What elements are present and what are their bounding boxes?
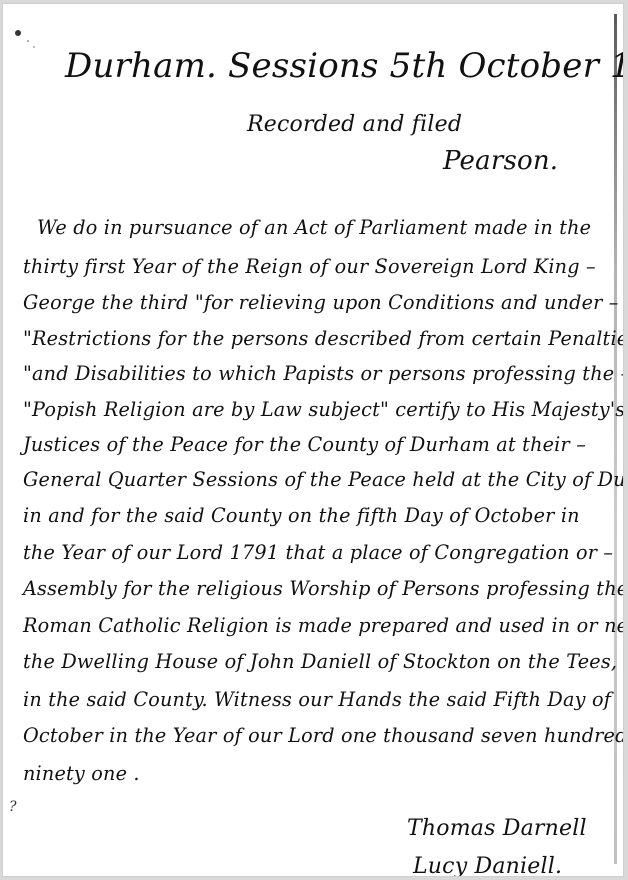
body-line: in the said County. Witness our Hands th… — [23, 688, 611, 711]
body-line: thirty first Year of the Reign of our So… — [23, 255, 596, 278]
body-line: Assembly for the religious Worship of Pe… — [23, 577, 624, 600]
body-line: in and for the said County on the fifth … — [23, 504, 580, 527]
body-line: October in the Year of our Lord one thou… — [23, 724, 624, 747]
body-line: Justices of the Peace for the County of … — [23, 433, 586, 456]
signature-thomas-darnell: Thomas Darnell — [407, 816, 587, 841]
clerk-signature: Pearson. — [443, 146, 558, 176]
body-line: "Popish Religion are by Law subject" cer… — [23, 398, 624, 421]
ink-blot — [15, 30, 21, 36]
body-line: Roman Catholic Religion is made prepared… — [23, 614, 624, 637]
body-line: the Year of our Lord 1791 that a place o… — [23, 541, 613, 564]
body-line: General Quarter Sessions of the Peace he… — [23, 468, 624, 491]
margin-mark: ? — [9, 799, 17, 815]
document-title: Durham. Sessions 5th October 1791. — [65, 46, 624, 86]
filed-note: Recorded and filed — [247, 112, 462, 137]
document-page: Durham. Sessions 5th October 1791. Recor… — [2, 3, 624, 877]
ink-speck — [33, 46, 35, 48]
signature-lucy-daniell: Lucy Daniell. — [413, 854, 562, 877]
body-line: "and Disabilities to which Papists or pe… — [23, 362, 624, 385]
body-line: We do in pursuance of an Act of Parliame… — [37, 216, 591, 239]
body-line: "Restrictions for the persons described … — [23, 327, 624, 350]
body-line: the Dwelling House of John Daniell of St… — [23, 650, 624, 673]
ink-speck — [27, 40, 29, 42]
body-line: ninety one . — [23, 762, 140, 785]
body-line: George the third "for relieving upon Con… — [23, 291, 619, 314]
